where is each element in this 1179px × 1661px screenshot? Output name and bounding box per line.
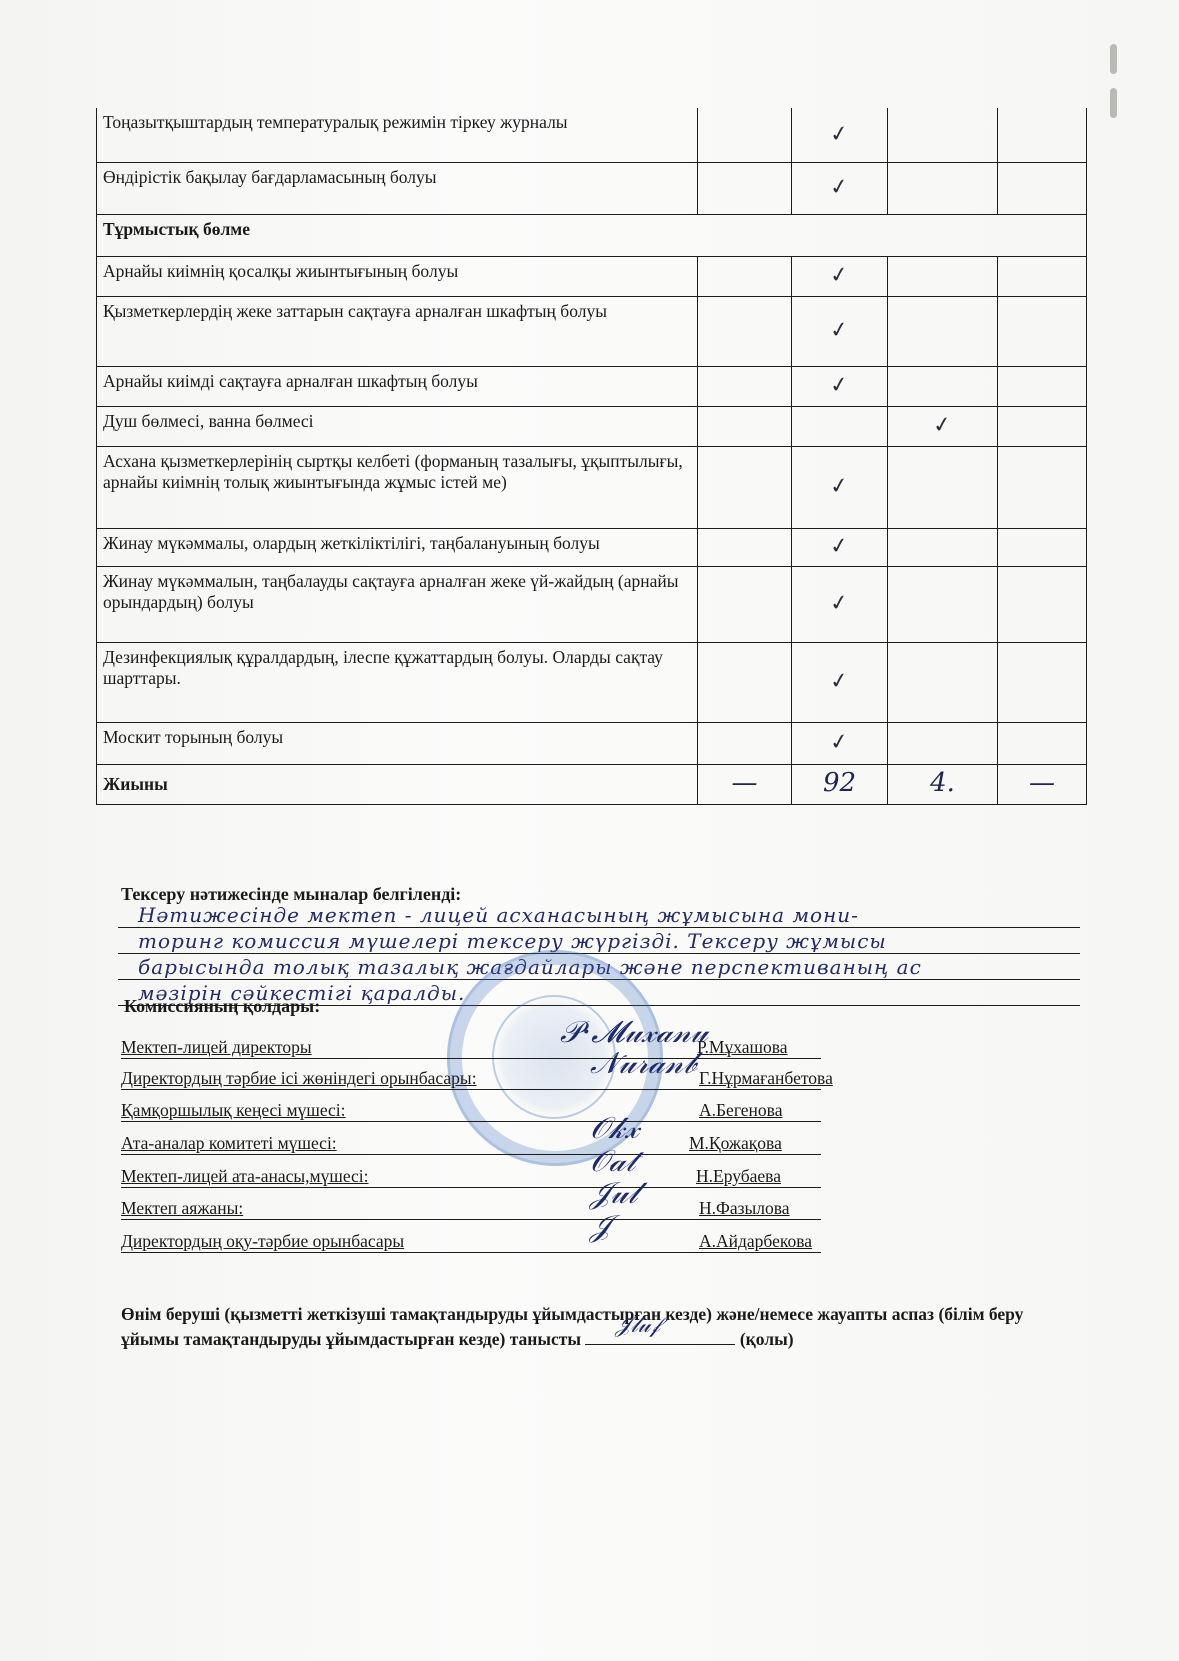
checkmark-icon: ✓: [829, 176, 850, 199]
signatory-role: Мектеп аяжаны:: [121, 1198, 243, 1219]
signatory-role: Директордың оқу-тәрбие орынбасары: [121, 1231, 404, 1252]
mark-cell: ✓: [792, 162, 888, 214]
mark-cell: [698, 406, 792, 446]
signature-row: Директордың тәрбие ісі жөніндегі орынбас…: [121, 1068, 821, 1090]
signatory-name: А.Айдарбекова: [699, 1231, 812, 1252]
mark-cell: [998, 642, 1087, 722]
signature-row: Мектеп-лицей ата-анасы,мүшесі:Н.Ерубаева: [121, 1166, 821, 1188]
mark-cell: ✓: [792, 446, 888, 528]
mark-cell: [698, 366, 792, 406]
total-value: —: [1029, 768, 1055, 798]
total-value-cell: 92: [792, 764, 888, 804]
mark-cell: [698, 528, 792, 566]
signature-scrawl: 𝒥𝓁𝓊𝒻: [615, 1314, 660, 1338]
checkmark-icon: ✓: [829, 592, 850, 615]
mark-cell: [698, 108, 792, 162]
mark-cell: [888, 528, 998, 566]
checkmark-icon: ✓: [829, 264, 850, 287]
mark-cell: [888, 722, 998, 764]
mark-cell: [698, 722, 792, 764]
table-row: Жинау мүкәммалын, таңбалауды сақтауға ар…: [97, 566, 1087, 642]
row-label: Жинау мүкәммалы, олардың жеткіліктілігі,…: [97, 528, 698, 566]
total-value-cell: 4.: [888, 764, 998, 804]
table-total-row: Жиыны—924.—: [97, 764, 1087, 804]
signature-line: [121, 1154, 821, 1155]
findings-line: Нәтижесінде мектеп - лицей асханасының ж…: [118, 902, 1080, 928]
table-section-row: Тұрмыстық бөлме: [97, 214, 1087, 256]
mark-cell: [698, 256, 792, 296]
row-label: Москит торының болуы: [97, 722, 698, 764]
row-label: Арнайы киімді сақтауға арналған шкафтың …: [97, 366, 698, 406]
signature-row: Директордың оқу-тәрбие орынбасарыА.Айдар…: [121, 1231, 821, 1253]
mark-cell: ✓: [792, 642, 888, 722]
checkmark-icon: ✓: [829, 374, 850, 397]
mark-cell: ✓: [888, 406, 998, 446]
checkmark-icon: ✓: [829, 535, 850, 558]
table-row: Душ бөлмесі, ванна бөлмесі✓: [97, 406, 1087, 446]
row-label: Тоңазытқыштардың температуралық режимін …: [97, 108, 698, 162]
signature-row: Мектеп-лицей директорыР.Мұхашова: [121, 1037, 821, 1059]
table-row: Арнайы киімді сақтауға арналған шкафтың …: [97, 366, 1087, 406]
table-row: Арнайы киімнің қосалқы жиынтығының болуы…: [97, 256, 1087, 296]
checkmark-icon: ✓: [932, 414, 953, 437]
checkmark-icon: ✓: [829, 123, 850, 146]
row-label: Арнайы киімнің қосалқы жиынтығының болуы: [97, 256, 698, 296]
row-label: Дезинфекциялық құралдардың, ілеспе құжат…: [97, 642, 698, 722]
signature-line: [121, 1089, 821, 1090]
checkmark-icon: ✓: [829, 731, 850, 754]
mark-cell: [998, 256, 1087, 296]
handwritten-signature: 𝒥𝓊𝓁: [590, 1176, 638, 1211]
signatory-name: Н.Ерубаева: [696, 1166, 781, 1187]
mark-cell: [888, 642, 998, 722]
mark-cell: [998, 528, 1087, 566]
signature-row: Қамқоршылық кеңесі мүшесі:А.Бегенова: [121, 1100, 821, 1122]
document-page: Тоңазытқыштардың температуралық режимін …: [0, 0, 1179, 1661]
mark-cell: ✓: [792, 256, 888, 296]
total-value: 4.: [930, 768, 955, 798]
signature-line: [121, 1058, 821, 1059]
acknowledgement-suffix: (қолы): [740, 1329, 794, 1349]
mark-cell: ✓: [792, 296, 888, 366]
signature-line: [121, 1219, 821, 1220]
mark-cell: ✓: [792, 528, 888, 566]
signatory-role: Мектеп-лицей ата-анасы,мүшесі:: [121, 1166, 369, 1187]
acknowledgement-text: Өнім беруші (қызметті жеткізуші тамақтан…: [121, 1304, 1023, 1349]
total-value: —: [732, 768, 758, 798]
signatures-title: Комиссияның қолдары:: [124, 996, 320, 1017]
handwritten-signature: 𝒫·𝓜𝓊𝓍𝒶𝓃𝓊: [560, 1015, 708, 1050]
mark-cell: ✓: [792, 722, 888, 764]
total-value: 92: [823, 768, 856, 798]
signature-line: [121, 1121, 821, 1122]
row-label: Душ бөлмесі, ванна бөлмесі: [97, 406, 698, 446]
mark-cell: [998, 366, 1087, 406]
total-value-cell: —: [698, 764, 792, 804]
mark-cell: [698, 446, 792, 528]
mark-cell: ✓: [792, 108, 888, 162]
table-row: Қызметкерлердің жеке заттарын сақтауға а…: [97, 296, 1087, 366]
mark-cell: [792, 406, 888, 446]
row-label: Тұрмыстық бөлме: [97, 214, 1087, 256]
mark-cell: [888, 366, 998, 406]
mark-cell: [998, 722, 1087, 764]
total-value-cell: —: [998, 764, 1087, 804]
row-label: Асхана қызметкерлерінің сыртқы келбеті (…: [97, 446, 698, 528]
table-row: Тоңазытқыштардың температуралық режимін …: [97, 108, 1087, 162]
acknowledgement: Өнім беруші (қызметті жеткізуші тамақтан…: [121, 1302, 1081, 1351]
signatory-name: М.Қожақова: [689, 1133, 782, 1154]
mark-cell: ✓: [792, 566, 888, 642]
mark-cell: [698, 162, 792, 214]
checkmark-icon: ✓: [829, 670, 850, 693]
mark-cell: [888, 108, 998, 162]
signatory-name: Г.Нұрмағанбетова: [699, 1068, 833, 1089]
table-row: Асхана қызметкерлерінің сыртқы келбеті (…: [97, 446, 1087, 528]
mark-cell: [888, 256, 998, 296]
mark-cell: [888, 566, 998, 642]
signatory-role: Мектеп-лицей директоры: [121, 1037, 312, 1058]
punch-hole-mark: [1110, 88, 1117, 118]
signatory-role: Қамқоршылық кеңесі мүшесі:: [121, 1100, 346, 1121]
row-label: Қызметкерлердің жеке заттарын сақтауға а…: [97, 296, 698, 366]
signatory-role: Ата-аналар комитеті мүшесі:: [121, 1133, 337, 1154]
mark-cell: [698, 296, 792, 366]
punch-hole-mark: [1110, 44, 1117, 74]
checkmark-icon: ✓: [829, 475, 850, 498]
mark-cell: [998, 296, 1087, 366]
signatory-name: Р.Мұхашова: [697, 1037, 788, 1058]
mark-cell: [698, 642, 792, 722]
handwritten-signature: 𝒪𝒶𝓉: [590, 1144, 636, 1179]
mark-cell: [888, 162, 998, 214]
total-label: Жиыны: [97, 764, 698, 804]
checkmark-icon: ✓: [829, 319, 850, 342]
inspection-checklist-table: Тоңазытқыштардың температуралық режимін …: [96, 108, 1087, 805]
mark-cell: [998, 566, 1087, 642]
signature-row: Ата-аналар комитеті мүшесі:М.Қожақова: [121, 1133, 821, 1155]
mark-cell: [698, 566, 792, 642]
mark-cell: [888, 446, 998, 528]
row-label: Жинау мүкәммалын, таңбалауды сақтауға ар…: [97, 566, 698, 642]
signatory-role: Директордың тәрбие ісі жөніндегі орынбас…: [121, 1068, 477, 1089]
handwritten-signature: 𝒥: [590, 1209, 611, 1244]
row-label: Өндірістік бақылау бағдарламасының болуы: [97, 162, 698, 214]
mark-cell: ✓: [792, 366, 888, 406]
table-row: Жинау мүкәммалы, олардың жеткіліктілігі,…: [97, 528, 1087, 566]
handwritten-signature: 𝒪𝓀𝓍: [590, 1111, 639, 1146]
signatory-name: Н.Фазылова: [699, 1198, 790, 1219]
signature-row: Мектеп аяжаны:Н.Фазылова: [121, 1198, 821, 1220]
table-row: Москит торының болуы✓: [97, 722, 1087, 764]
findings-line: торинг комиссия мүшелері тексеру жүргізд…: [118, 928, 1080, 954]
mark-cell: [998, 162, 1087, 214]
mark-cell: [888, 296, 998, 366]
signatory-name: А.Бегенова: [699, 1100, 782, 1121]
mark-cell: [998, 108, 1087, 162]
table-row: Өндірістік бақылау бағдарламасының болуы…: [97, 162, 1087, 214]
table-row: Дезинфекциялық құралдардың, ілеспе құжат…: [97, 642, 1087, 722]
mark-cell: [998, 446, 1087, 528]
signature-line: [121, 1252, 821, 1253]
mark-cell: [998, 406, 1087, 446]
acknowledgement-signature-line: 𝒥𝓁𝓊𝒻: [585, 1326, 735, 1345]
handwritten-signature: 𝒩𝓊𝓇𝒶𝓃𝒷: [590, 1046, 696, 1081]
signature-line: [121, 1187, 821, 1188]
